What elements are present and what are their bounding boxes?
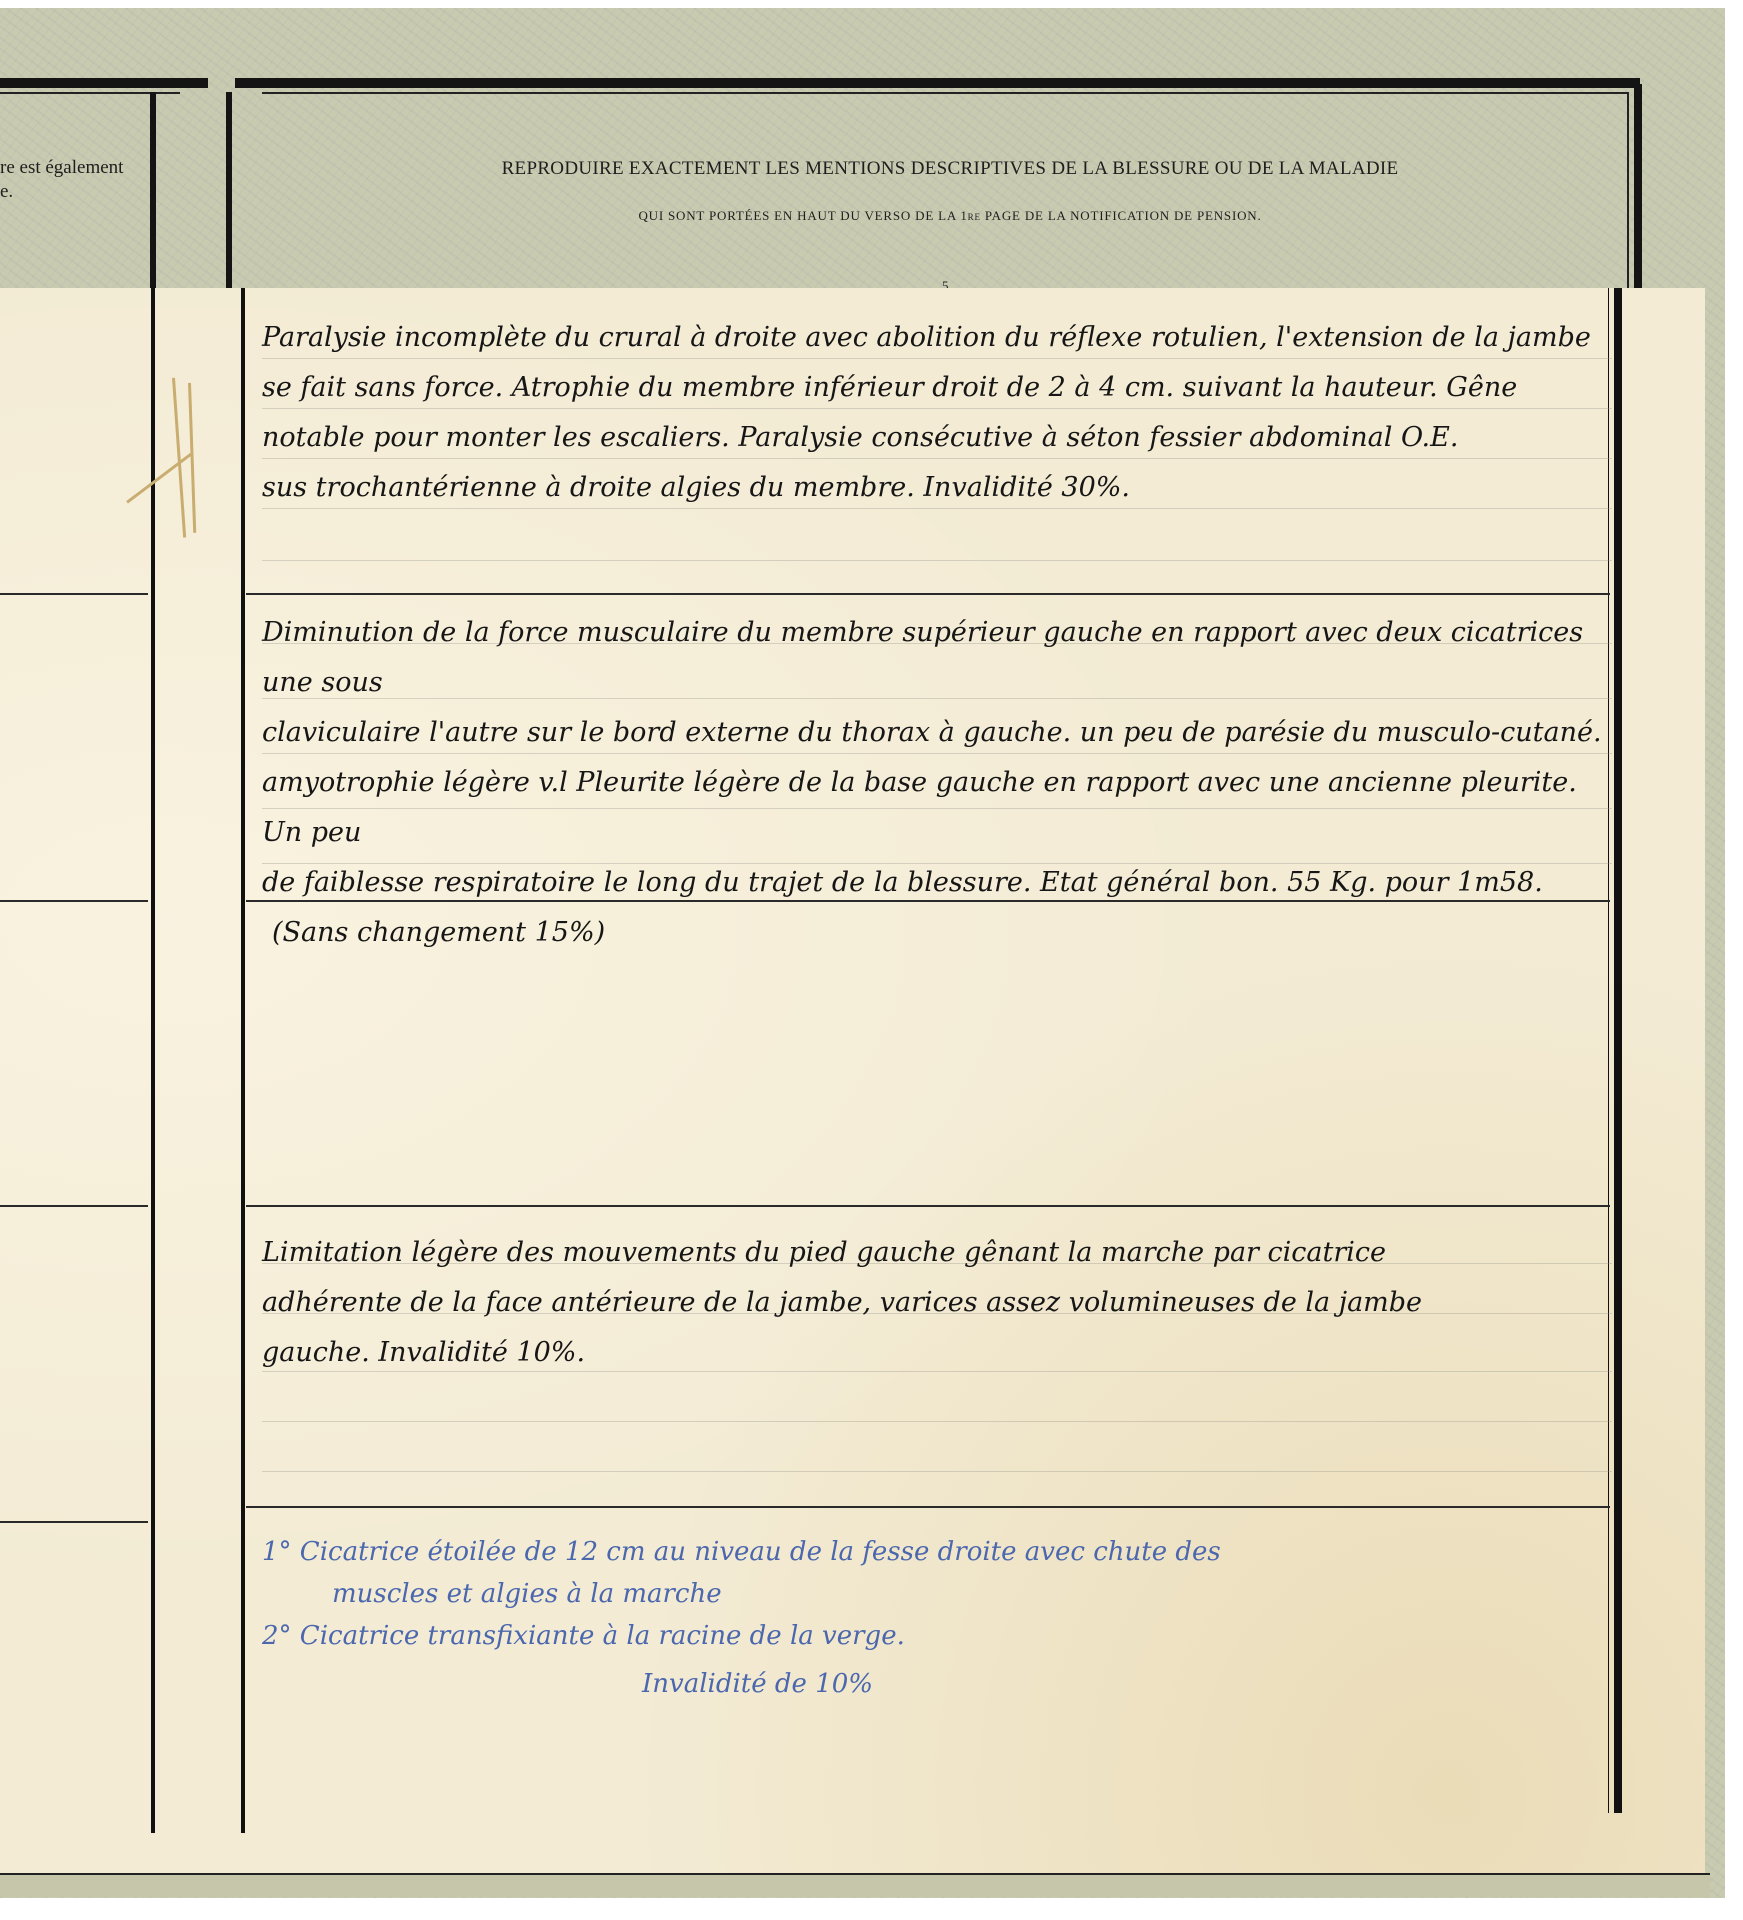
cover-top-border-right xyxy=(235,78,1640,88)
entry-line: muscles et algies à la marche xyxy=(262,1576,1612,1612)
disability-entry-2: Diminution de la force musculaire du mem… xyxy=(262,608,1612,958)
disability-entry-4: Limitation légère des mouvements du pied… xyxy=(262,1228,1612,1378)
cover-top-border-left xyxy=(0,78,208,88)
entry-column-left-rule xyxy=(241,288,245,1833)
left-row-divider-3 xyxy=(0,1205,148,1207)
entry-line: 1° Cicatrice étoilée de 12 cm au niveau … xyxy=(262,1528,1612,1576)
cover-left-line-1: re est également xyxy=(0,156,123,180)
invalidity-rate: Invalidité de 10% xyxy=(262,1660,1612,1708)
ruling-line xyxy=(262,560,1612,561)
left-row-divider-1 xyxy=(0,593,148,595)
cover-left-line-2: e. xyxy=(0,180,123,204)
entry-line: gauche. Invalidité 10%. xyxy=(262,1328,1612,1378)
entry-line: claviculaire l'autre sur le bord externe… xyxy=(262,708,1612,758)
cover-left-panel-text: re est également e. xyxy=(0,156,123,204)
entry-line: Limitation légère des mouvements du pied… xyxy=(262,1228,1612,1278)
entry-row-divider-3 xyxy=(246,1205,1610,1207)
entry-line: adhérente de la face antérieure de la ja… xyxy=(262,1278,1612,1328)
entry-line: 2° Cicatrice transfixiante à la racine d… xyxy=(262,1612,1612,1660)
left-row-divider-4 xyxy=(0,1521,148,1523)
disability-entry-5: 1° Cicatrice étoilée de 12 cm au niveau … xyxy=(262,1528,1612,1708)
disability-entry-3-empty xyxy=(262,918,1612,1188)
left-row-divider-2 xyxy=(0,900,148,902)
cover-right-panel-right-rule xyxy=(1634,84,1642,294)
left-column-rule xyxy=(151,288,155,1833)
cover-inner-border-right xyxy=(262,92,1627,94)
entry-line: notable pour monter les escaliers. Paral… xyxy=(262,413,1612,463)
cover-right-inner-vrule xyxy=(1627,92,1629,292)
disability-entry-1: Paralysie incomplète du crural à droite … xyxy=(262,313,1612,513)
entry-line: se fait sans force. Atrophie du membre i… xyxy=(262,363,1612,413)
binding-string xyxy=(188,383,196,533)
cover-right-panel-left-rule xyxy=(226,92,232,292)
entry-line: Paralysie incomplète du crural à droite … xyxy=(262,313,1612,363)
cover-bottom-edge xyxy=(0,1873,1710,1897)
entry-line: de faiblesse respiratoire le long du tra… xyxy=(262,858,1612,908)
ruling-line xyxy=(262,1421,1612,1422)
entry-line: Diminution de la force musculaire du mem… xyxy=(262,608,1612,708)
entry-line: sus trochantérienne à droite algies du m… xyxy=(262,463,1612,513)
entry-row-divider-1 xyxy=(246,593,1610,595)
entry-line: amyotrophie légère v.l Pleurite légère d… xyxy=(262,758,1612,858)
entry-row-divider-4 xyxy=(246,1506,1610,1508)
form-subheading: QUI SONT PORTÉES EN HAUT DU VERSO DE LA … xyxy=(265,208,1635,224)
form-heading: REPRODUIRE EXACTEMENT LES MENTIONS DESCR… xyxy=(265,158,1635,180)
ruling-line xyxy=(262,1471,1612,1472)
entry-column-right-rule xyxy=(1614,288,1622,1813)
cover-left-panel-rule xyxy=(150,92,156,292)
pension-record-page: Paralysie incomplète du crural à droite … xyxy=(0,288,1705,1873)
